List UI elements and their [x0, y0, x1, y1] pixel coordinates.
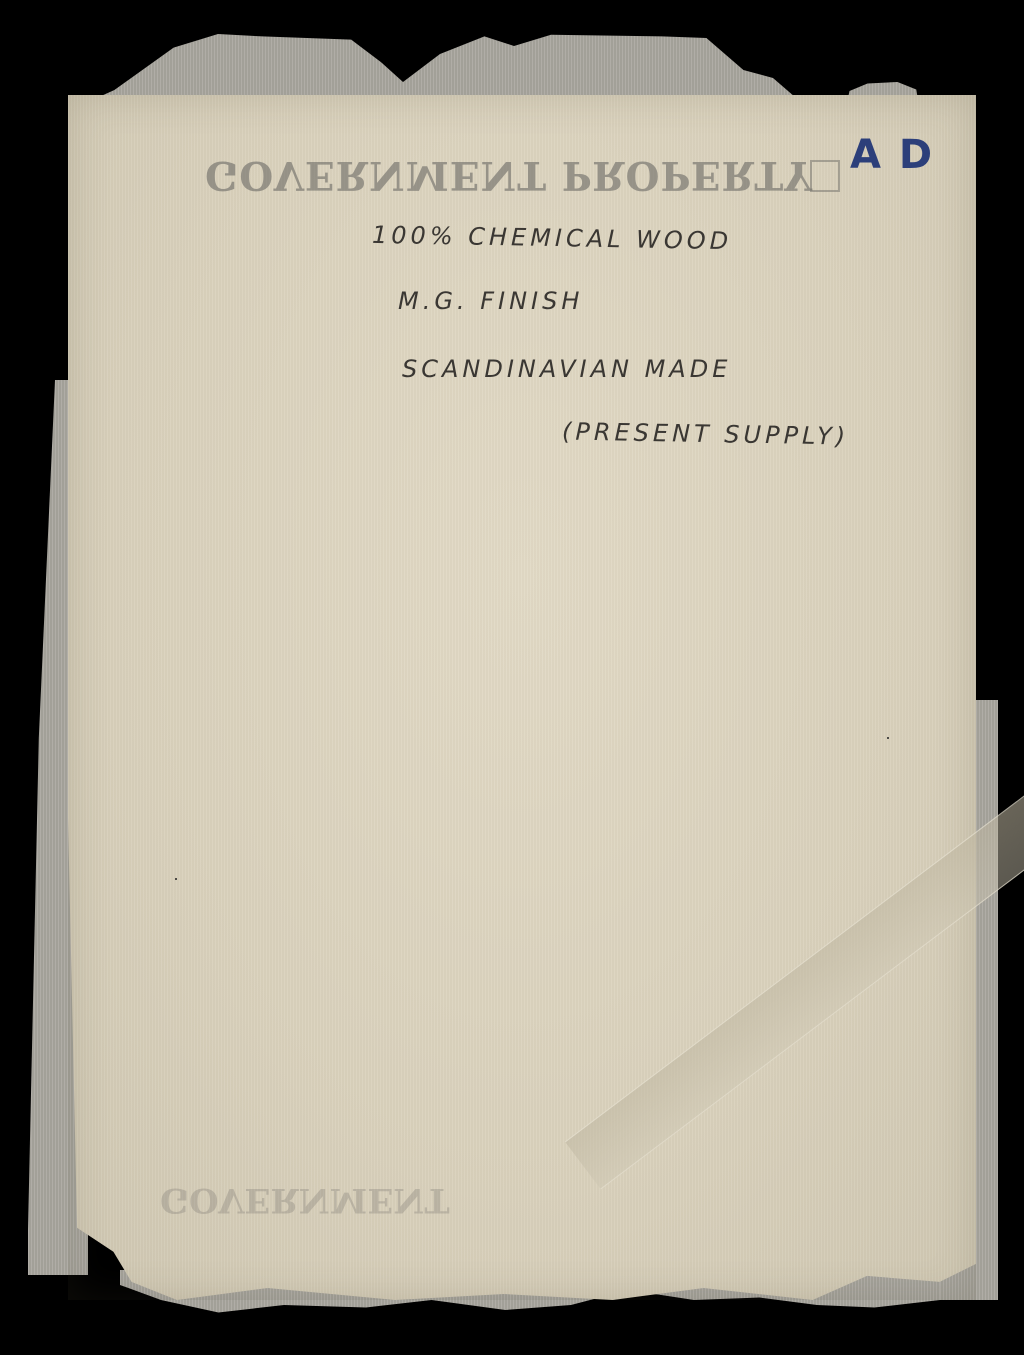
stamp-checkbox-icon — [810, 160, 840, 192]
stamp-government-property: GOVERNMENT PROPERTY — [205, 152, 813, 198]
document-scan: GOVERNMENT PROPERTY A D 100% CHEMICAL WO… — [0, 0, 1024, 1355]
handwritten-line-supply: (PRESENT SUPPLY) — [562, 417, 850, 450]
ink-speck — [887, 737, 889, 739]
paper-sheet — [68, 95, 976, 1300]
blue-ink-annotation: A D — [850, 132, 934, 178]
handwritten-line-finish: M.G. FINISH — [398, 287, 583, 315]
ink-speck — [175, 878, 177, 880]
handwritten-line-origin: SCANDINAVIAN MADE — [402, 355, 731, 383]
stamp-government-faint: GOVERNMENT — [160, 1180, 450, 1220]
